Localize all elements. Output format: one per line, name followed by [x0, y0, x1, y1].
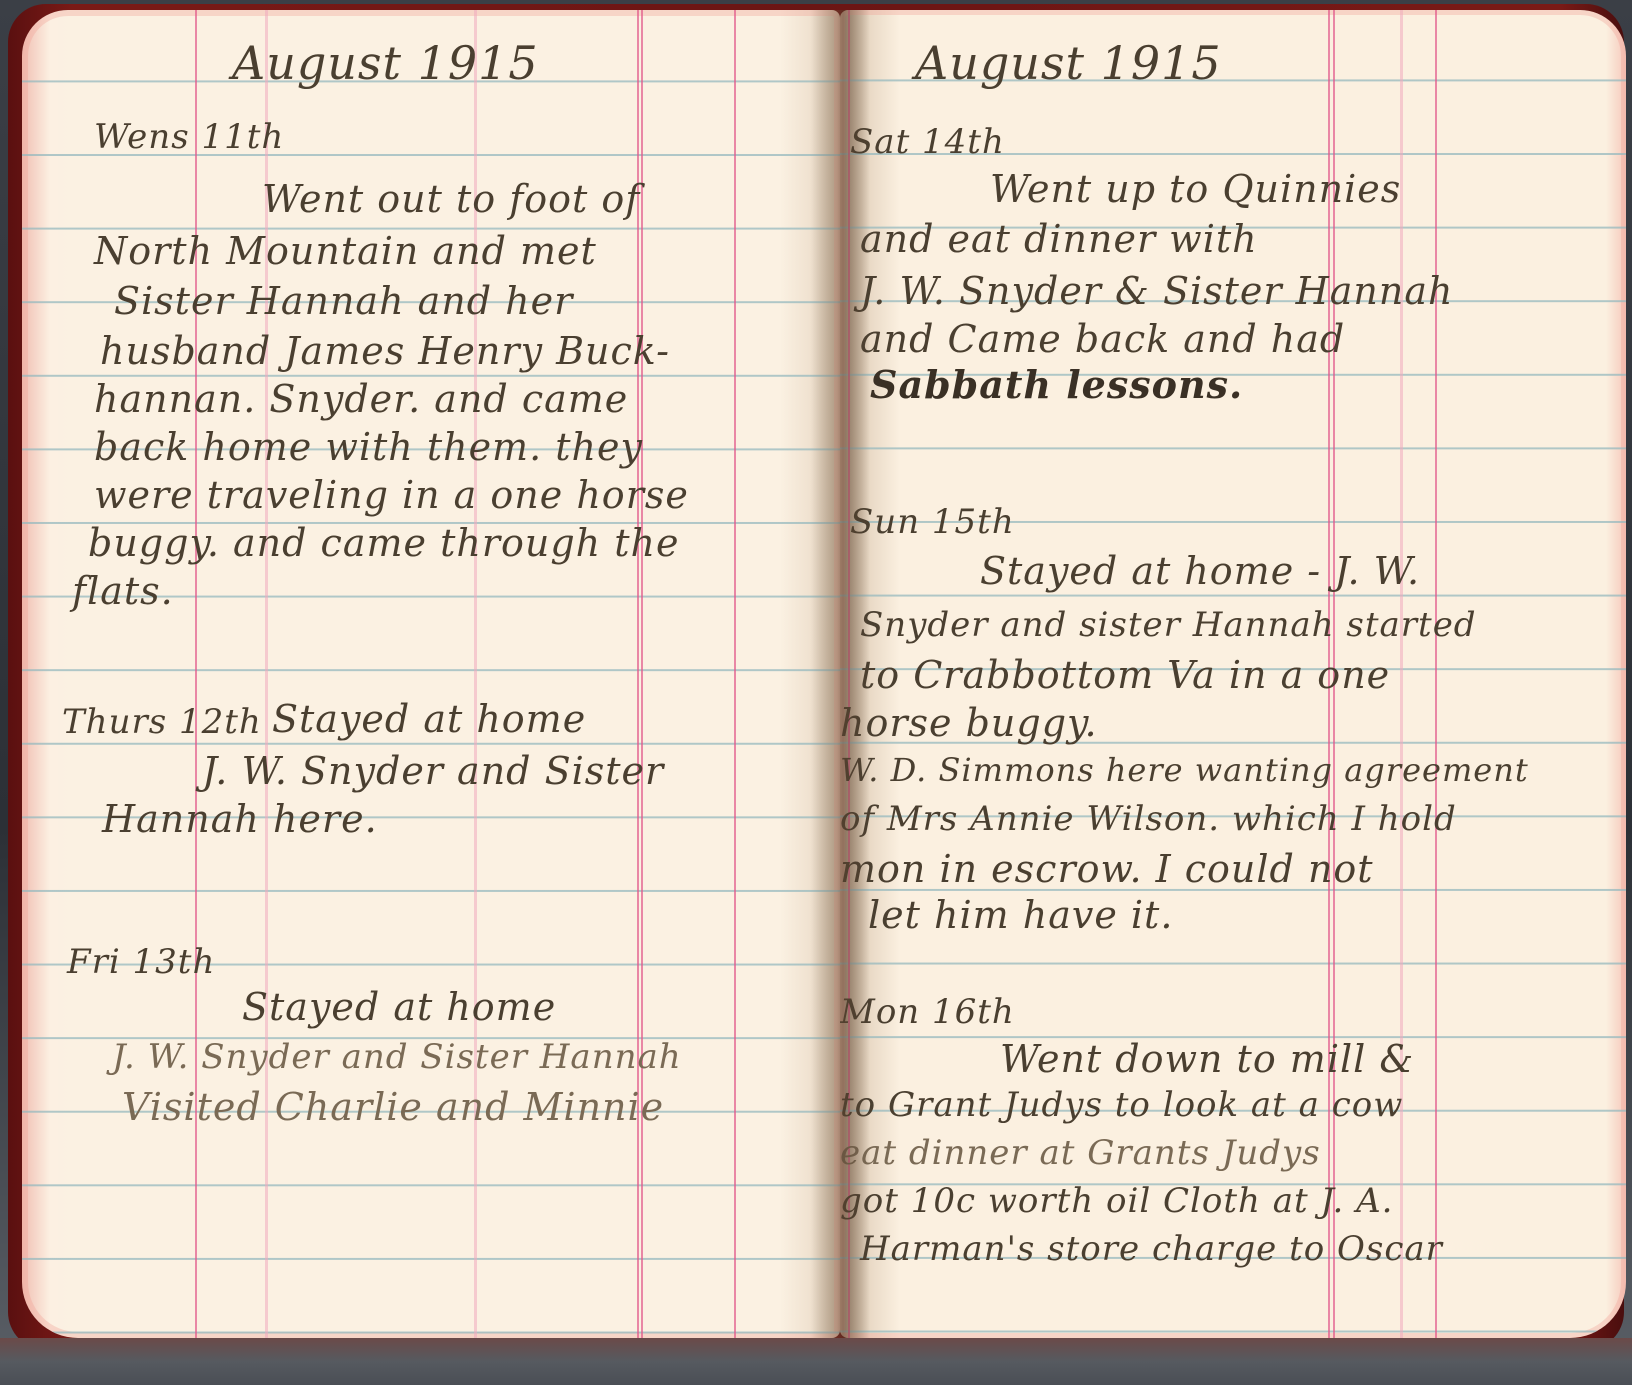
entry-line: Went down to mill & [1000, 1040, 1414, 1078]
page-heading: August 1915 [915, 40, 1222, 86]
entry-line: Harman's store charge to Oscar [860, 1232, 1443, 1266]
entry-line: eat dinner at Grants Judys [840, 1136, 1321, 1170]
image-border [1632, 0, 1637, 1385]
margin-line [195, 10, 197, 1338]
entry-line: of Mrs Annie Wilson. which I hold [840, 802, 1457, 836]
entry-date: Sun 15th [850, 505, 1015, 539]
entry-line: flats. [72, 572, 174, 610]
left-page: August 1915 Wens 11th Went out to foot o… [22, 10, 840, 1338]
entry-line: back home with them. they [94, 428, 643, 466]
entry-line: Went out to foot of [262, 180, 640, 218]
entry-date: Thurs 12th [62, 705, 262, 739]
entry-line: J. W. Snyder & Sister Hannah [860, 272, 1454, 310]
entry-line: Snyder and sister Hannah started [860, 608, 1477, 642]
entry-line: Sister Hannah and her [114, 282, 573, 320]
entry-line: and Came back and had [860, 320, 1345, 358]
entry-date: Sat 14th [850, 125, 1005, 159]
entry-date: Mon 16th [840, 995, 1015, 1029]
page-heading: August 1915 [232, 40, 539, 86]
entry-line: J. W. Snyder and Sister [202, 752, 664, 790]
entry-line: Went up to Quinnies [990, 170, 1401, 208]
entry-line: mon in escrow. I could not [840, 850, 1374, 888]
entry-line: husband James Henry Buck- [100, 332, 670, 370]
entry-line: to Crabbottom Va in a one [860, 656, 1390, 694]
entry-line: W. D. Simmons here wanting agreement [840, 754, 1529, 786]
entry-line: J. W. Snyder and Sister Hannah [112, 1040, 682, 1074]
entry-line: Visited Charlie and Minnie [122, 1088, 664, 1126]
entry-line: got 10c worth oil Cloth at J. A. [840, 1184, 1393, 1218]
entry-line: let him have it. [868, 896, 1173, 934]
entry-line: Stayed at home - J. W. [980, 552, 1420, 590]
entry-line: North Mountain and met [94, 232, 597, 270]
entry-line: hannan. Snyder. and came [94, 380, 628, 418]
entry-date: Fri 13th [67, 945, 215, 979]
margin-line [641, 10, 643, 1338]
entry-line: Stayed at home [272, 700, 586, 738]
entry-line: horse buggy. [840, 704, 1098, 742]
margin-line [1435, 10, 1437, 1338]
entry-line: to Grant Judys to look at a cow [840, 1088, 1403, 1122]
entry-line: buggy. and came through the [88, 524, 679, 562]
entry-line: Stayed at home [242, 988, 556, 1026]
entry-line: Sabbath lessons. [870, 366, 1243, 404]
entry-date: Wens 11th [94, 120, 284, 154]
right-page: August 1915 Sat 14th Went up to Quinnies… [840, 10, 1626, 1338]
entry-line: were traveling in a one horse [94, 476, 689, 514]
margin-line [734, 10, 736, 1338]
entry-line: and eat dinner with [860, 220, 1258, 258]
entry-line: Hannah here. [102, 800, 378, 838]
book-bottom-edge [0, 1338, 1632, 1385]
